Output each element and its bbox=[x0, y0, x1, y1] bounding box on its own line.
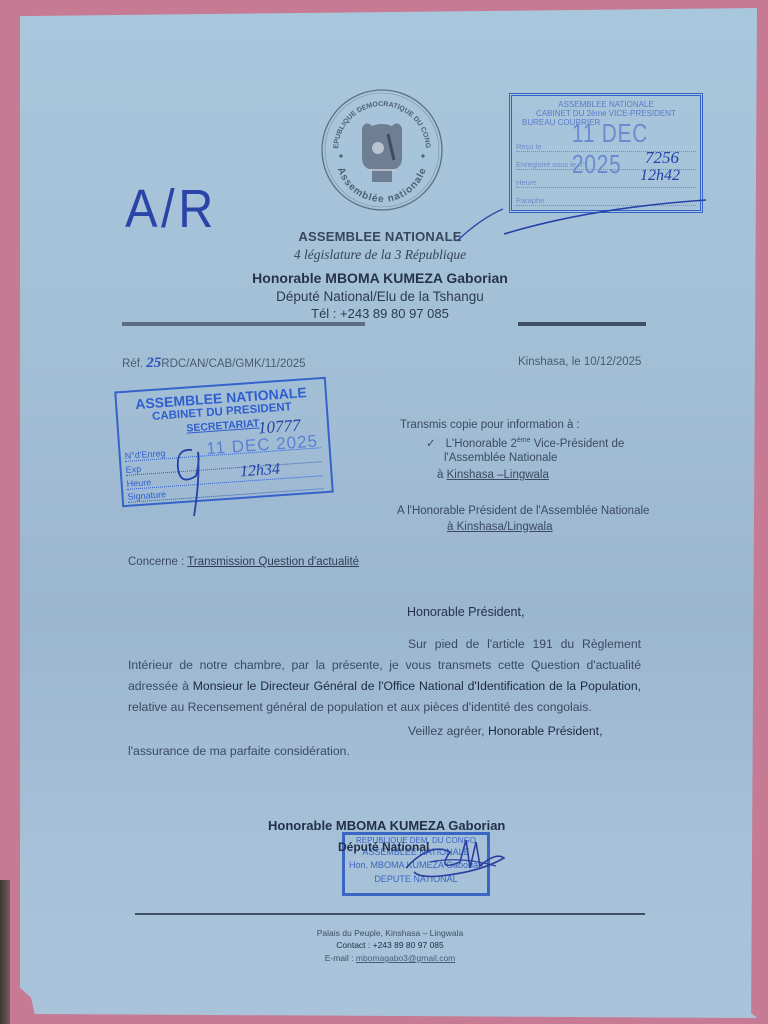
body-emphasis: Monsieur le Directeur Général de l'Offic… bbox=[193, 679, 641, 693]
subject-line: Concerne : Transmission Question d'actua… bbox=[128, 556, 359, 568]
reference-handwritten-number: 25 bbox=[146, 355, 161, 371]
handwritten-signature-president bbox=[170, 440, 210, 520]
header-rule-right bbox=[518, 322, 646, 326]
handwritten-time-president: 12h34 bbox=[239, 461, 280, 482]
check-icon: ✓ bbox=[426, 438, 436, 450]
copy-recipient-line2: l'Assemblée Nationale bbox=[444, 450, 557, 466]
copy-recipient: ✓L'Honorable 2ème Vice-Président de bbox=[426, 433, 624, 452]
handwritten-stroke bbox=[500, 190, 710, 240]
reference-line: Réf. 25RDC/AN/CAB/GMK/11/2025 bbox=[122, 355, 306, 372]
footer-email: E-mail : mbomagabo3@gmail.com bbox=[260, 953, 520, 963]
reference-code: RDC/AN/CAB/GMK/11/2025 bbox=[161, 358, 305, 370]
signatory-name: Honorable MBOMA KUMEZA Gaborian bbox=[268, 818, 505, 833]
handwritten-stroke bbox=[455, 205, 505, 245]
background-edge bbox=[0, 880, 10, 1024]
header-rule-left bbox=[122, 322, 365, 326]
copy-recipient-line3: à Kinshasa –Lingwala bbox=[437, 467, 549, 483]
member-name: Honorable MBOMA KUMEZA Gaborian bbox=[200, 270, 560, 286]
legislature-line: 4 législature de la 3 République bbox=[200, 247, 560, 263]
footer-address: Palais du Peuple, Kinshasa – Lingwala bbox=[260, 928, 520, 938]
letter-body: Sur pied de l'article 191 du Règlement I… bbox=[128, 634, 641, 718]
handwritten-number-president: 10777 bbox=[257, 416, 301, 439]
handwritten-signature bbox=[400, 832, 510, 887]
copy-intro: Transmis copie pour information à : bbox=[400, 417, 580, 433]
handwritten-time-vp: 12h42 bbox=[640, 167, 680, 185]
handwritten-number-vp: 7256 bbox=[645, 148, 679, 168]
stamp-president-secretariat: ASSEMBLEE NATIONALE CABINET DU PRESIDENT… bbox=[114, 377, 334, 508]
salutation: Honorable Président, bbox=[407, 605, 524, 619]
reference-label: Réf. bbox=[122, 358, 143, 370]
footer-contact: Contact : +243 89 80 97 085 bbox=[260, 940, 520, 950]
place-date: Kinshasa, le 10/12/2025 bbox=[518, 356, 641, 368]
national-assembly-seal: REPUBLIQUE DEMOCRATIQUE DU CONGO Assembl… bbox=[318, 86, 446, 214]
member-phone: Tél : +243 89 80 97 085 bbox=[200, 306, 560, 321]
addressee-line2: à Kinshasa/Lingwala bbox=[447, 519, 553, 535]
closing-line1: Veillez agréer, Honorable Président, bbox=[408, 724, 602, 738]
subject-label: Concerne : bbox=[128, 556, 187, 568]
email-link[interactable]: mbomagabo3@gmail.com bbox=[356, 953, 455, 963]
footer-rule bbox=[135, 913, 645, 915]
subject-value: Transmission Question d'actualité bbox=[187, 556, 359, 568]
closing-line2: l'assurance de ma parfaite considération… bbox=[128, 744, 350, 758]
member-role: Député National/Elu de la Tshangu bbox=[200, 289, 560, 304]
addressee-line1: A l'Honorable Président de l'Assemblée N… bbox=[397, 503, 649, 519]
